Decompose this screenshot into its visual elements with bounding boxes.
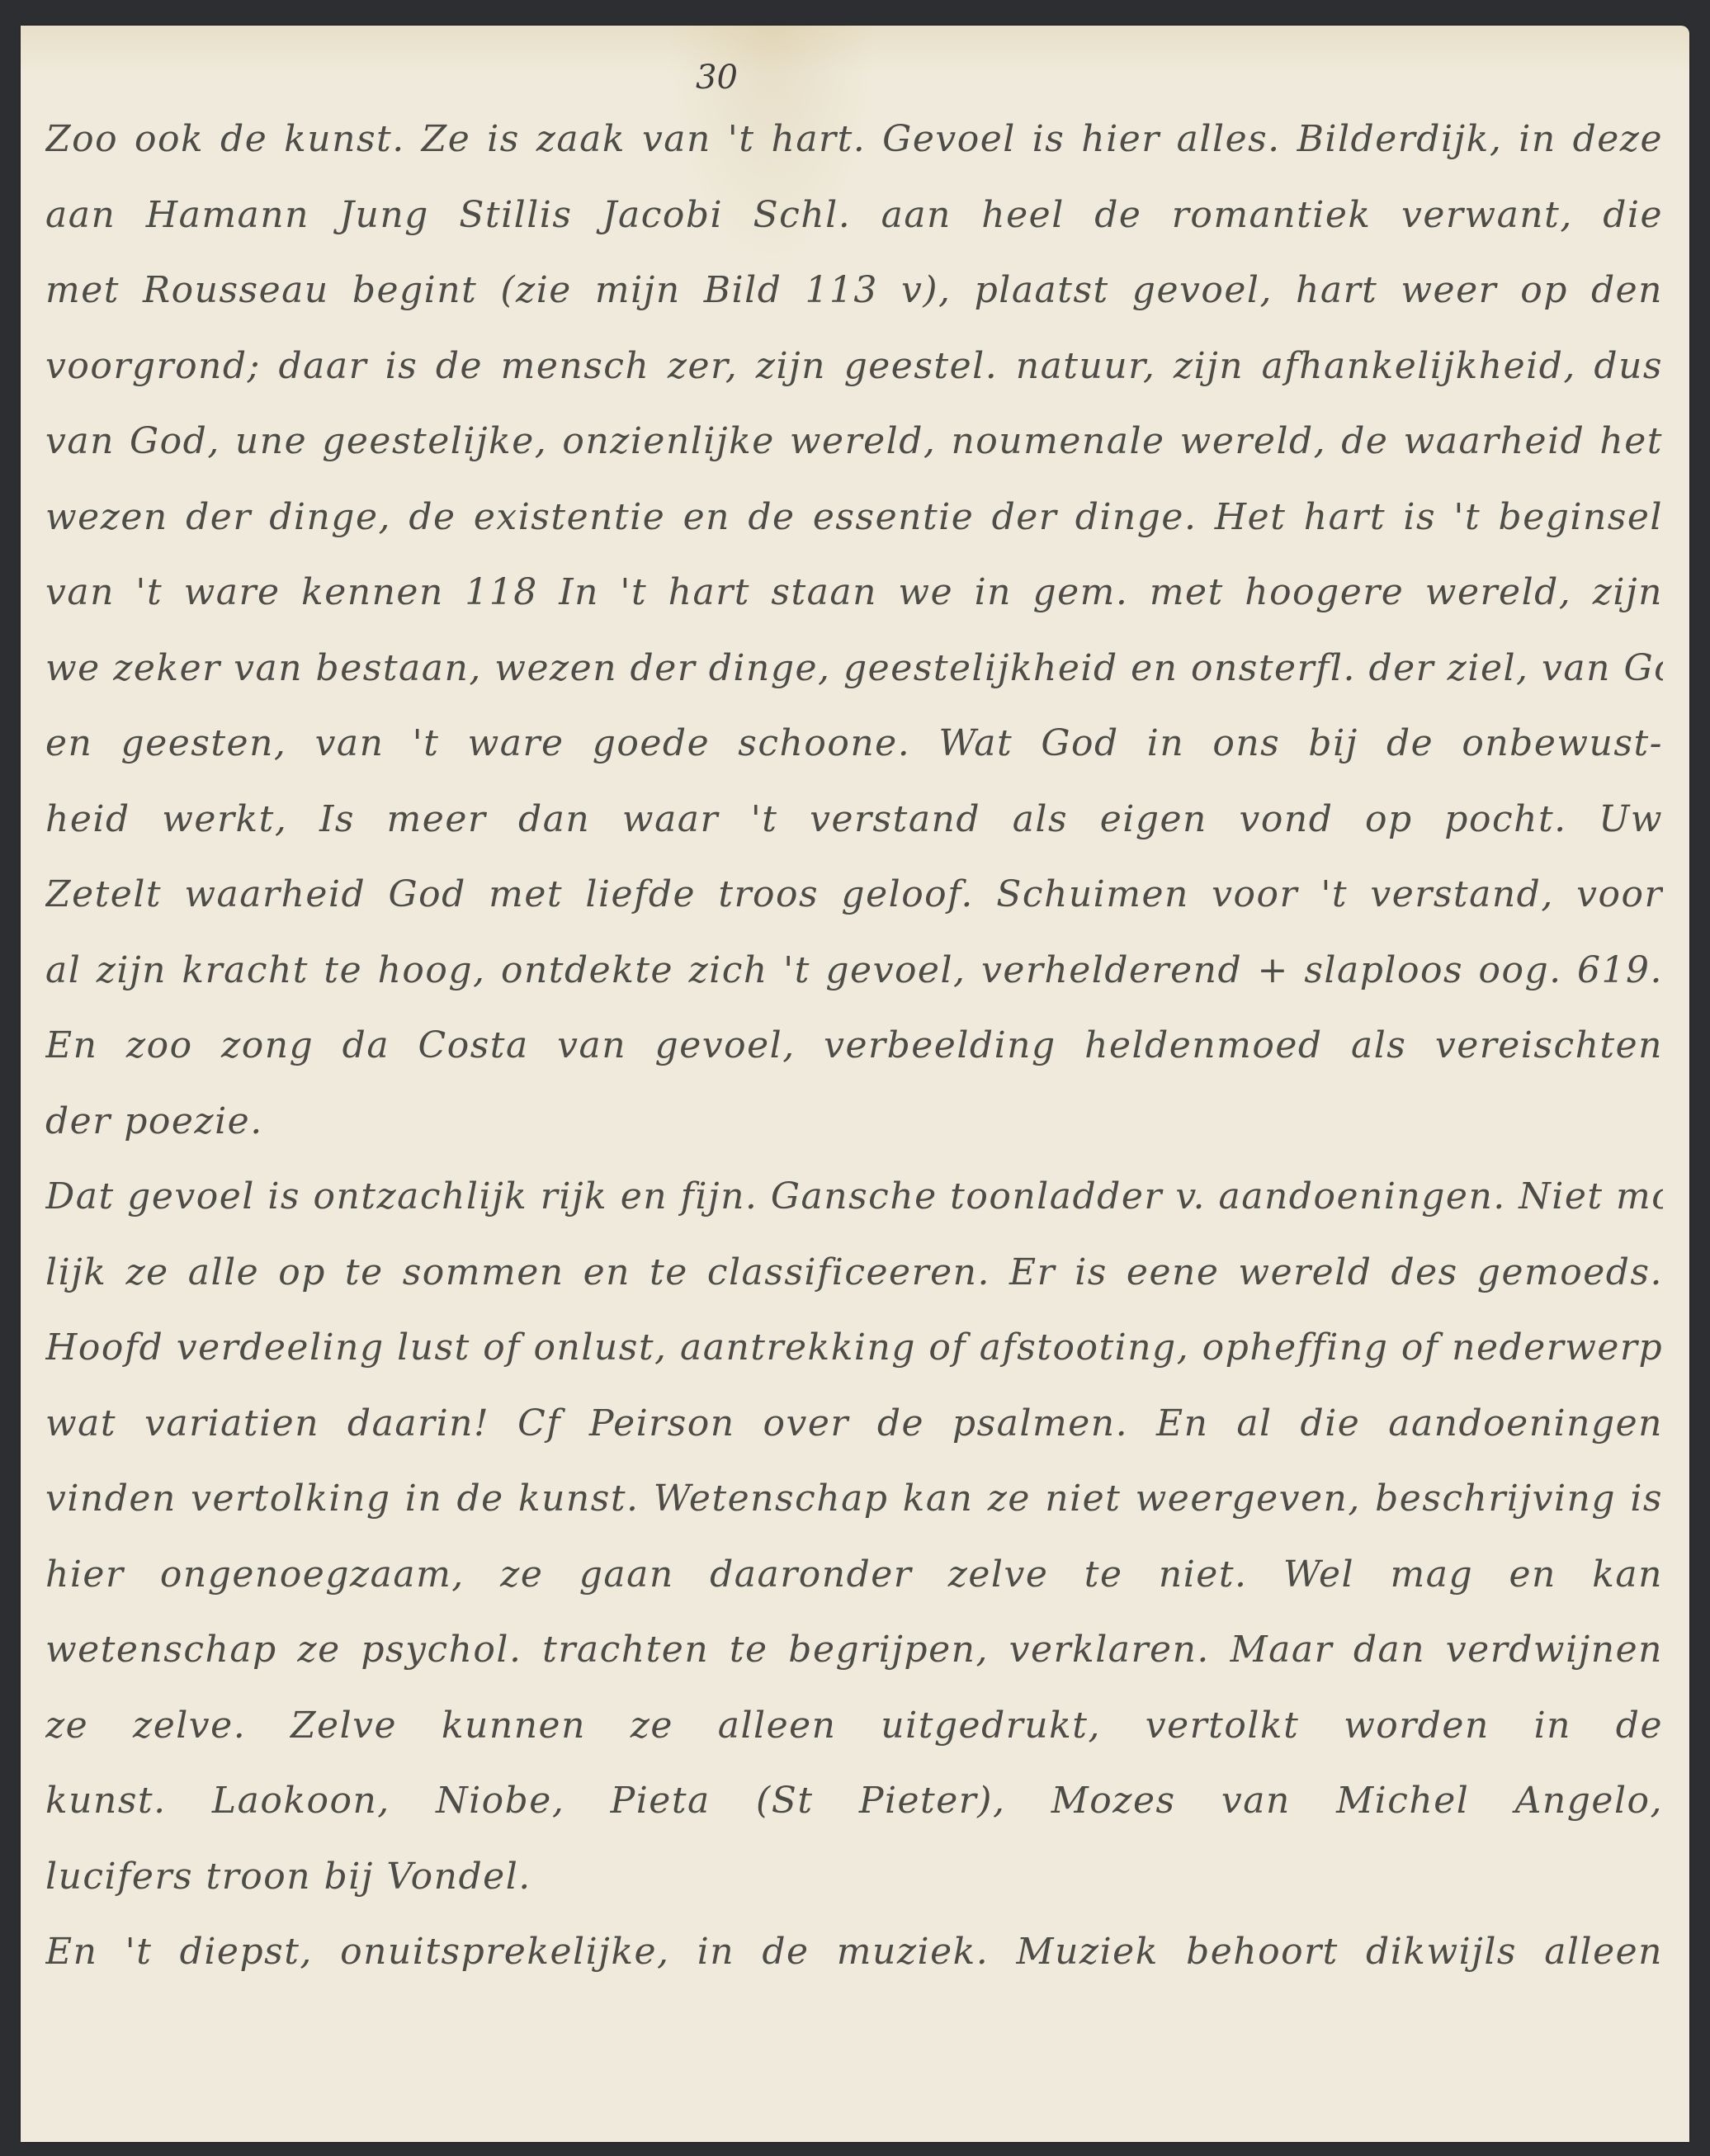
- manuscript-line: lucifers troon bij Vondel.: [45, 1854, 1663, 1900]
- manuscript-line: met Rousseau begint (zie mijn Bild 113 v…: [45, 267, 1663, 314]
- manuscript-line: Zoo ook de kunst. Ze is zaak van 't hart…: [45, 116, 1663, 163]
- manuscript-line: voorgrond; daar is de mensch zer, zijn g…: [45, 343, 1663, 390]
- manuscript-line: vinden vertolking in de kunst. Wetenscha…: [45, 1476, 1663, 1522]
- manuscript-line: van God, une geestelijke, onzienlijke we…: [45, 418, 1663, 465]
- manuscript-line: hier ongenoegzaam, ze gaan daaronder zel…: [45, 1552, 1663, 1598]
- manuscript-line: Dat gevoel is ontzachlijk rijk en fijn. …: [45, 1174, 1663, 1220]
- manuscript-line: van 't ware kennen 118 In 't hart staan …: [45, 570, 1663, 616]
- manuscript-line: al zijn kracht te hoog, ontdekte zich 't…: [45, 948, 1663, 994]
- manuscript-line: Hoofd verdeeling lust of onlust, aantrek…: [45, 1325, 1663, 1371]
- manuscript-line: kunst. Laokoon, Niobe, Pieta (St Pieter)…: [45, 1778, 1663, 1824]
- manuscript-line: der poezie.: [45, 1099, 1663, 1145]
- manuscript-page: 30 Zoo ook de kunst. Ze is zaak van 't h…: [21, 26, 1689, 2142]
- page-number: 30: [696, 59, 738, 97]
- manuscript-line: wezen der dinge, de existentie en de ess…: [45, 494, 1663, 541]
- manuscript-line: En zoo zong da Costa van gevoel, verbeel…: [45, 1023, 1663, 1069]
- manuscript-line: ze zelve. Zelve kunnen ze alleen uitgedr…: [45, 1703, 1663, 1749]
- manuscript-line: wetenschap ze psychol. trachten te begri…: [45, 1627, 1663, 1673]
- manuscript-line: heid werkt, Is meer dan waar 't verstand…: [45, 797, 1663, 843]
- manuscript-line: Zetelt waarheid God met liefde troos gel…: [45, 872, 1663, 918]
- manuscript-line: wat variatien daarin! Cf Peirson over de…: [45, 1401, 1663, 1447]
- manuscript-line: lijk ze alle op te sommen en te classifi…: [45, 1250, 1663, 1296]
- manuscript-line: En 't diepst, onuitsprekelijke, in de mu…: [45, 1929, 1663, 1975]
- manuscript-line: en geesten, van 't ware goede schoone. W…: [45, 721, 1663, 767]
- manuscript-line: aan Hamann Jung Stillis Jacobi Schl. aan…: [45, 192, 1663, 239]
- manuscript-line: we zeker van bestaan, wezen der dinge, g…: [45, 645, 1663, 692]
